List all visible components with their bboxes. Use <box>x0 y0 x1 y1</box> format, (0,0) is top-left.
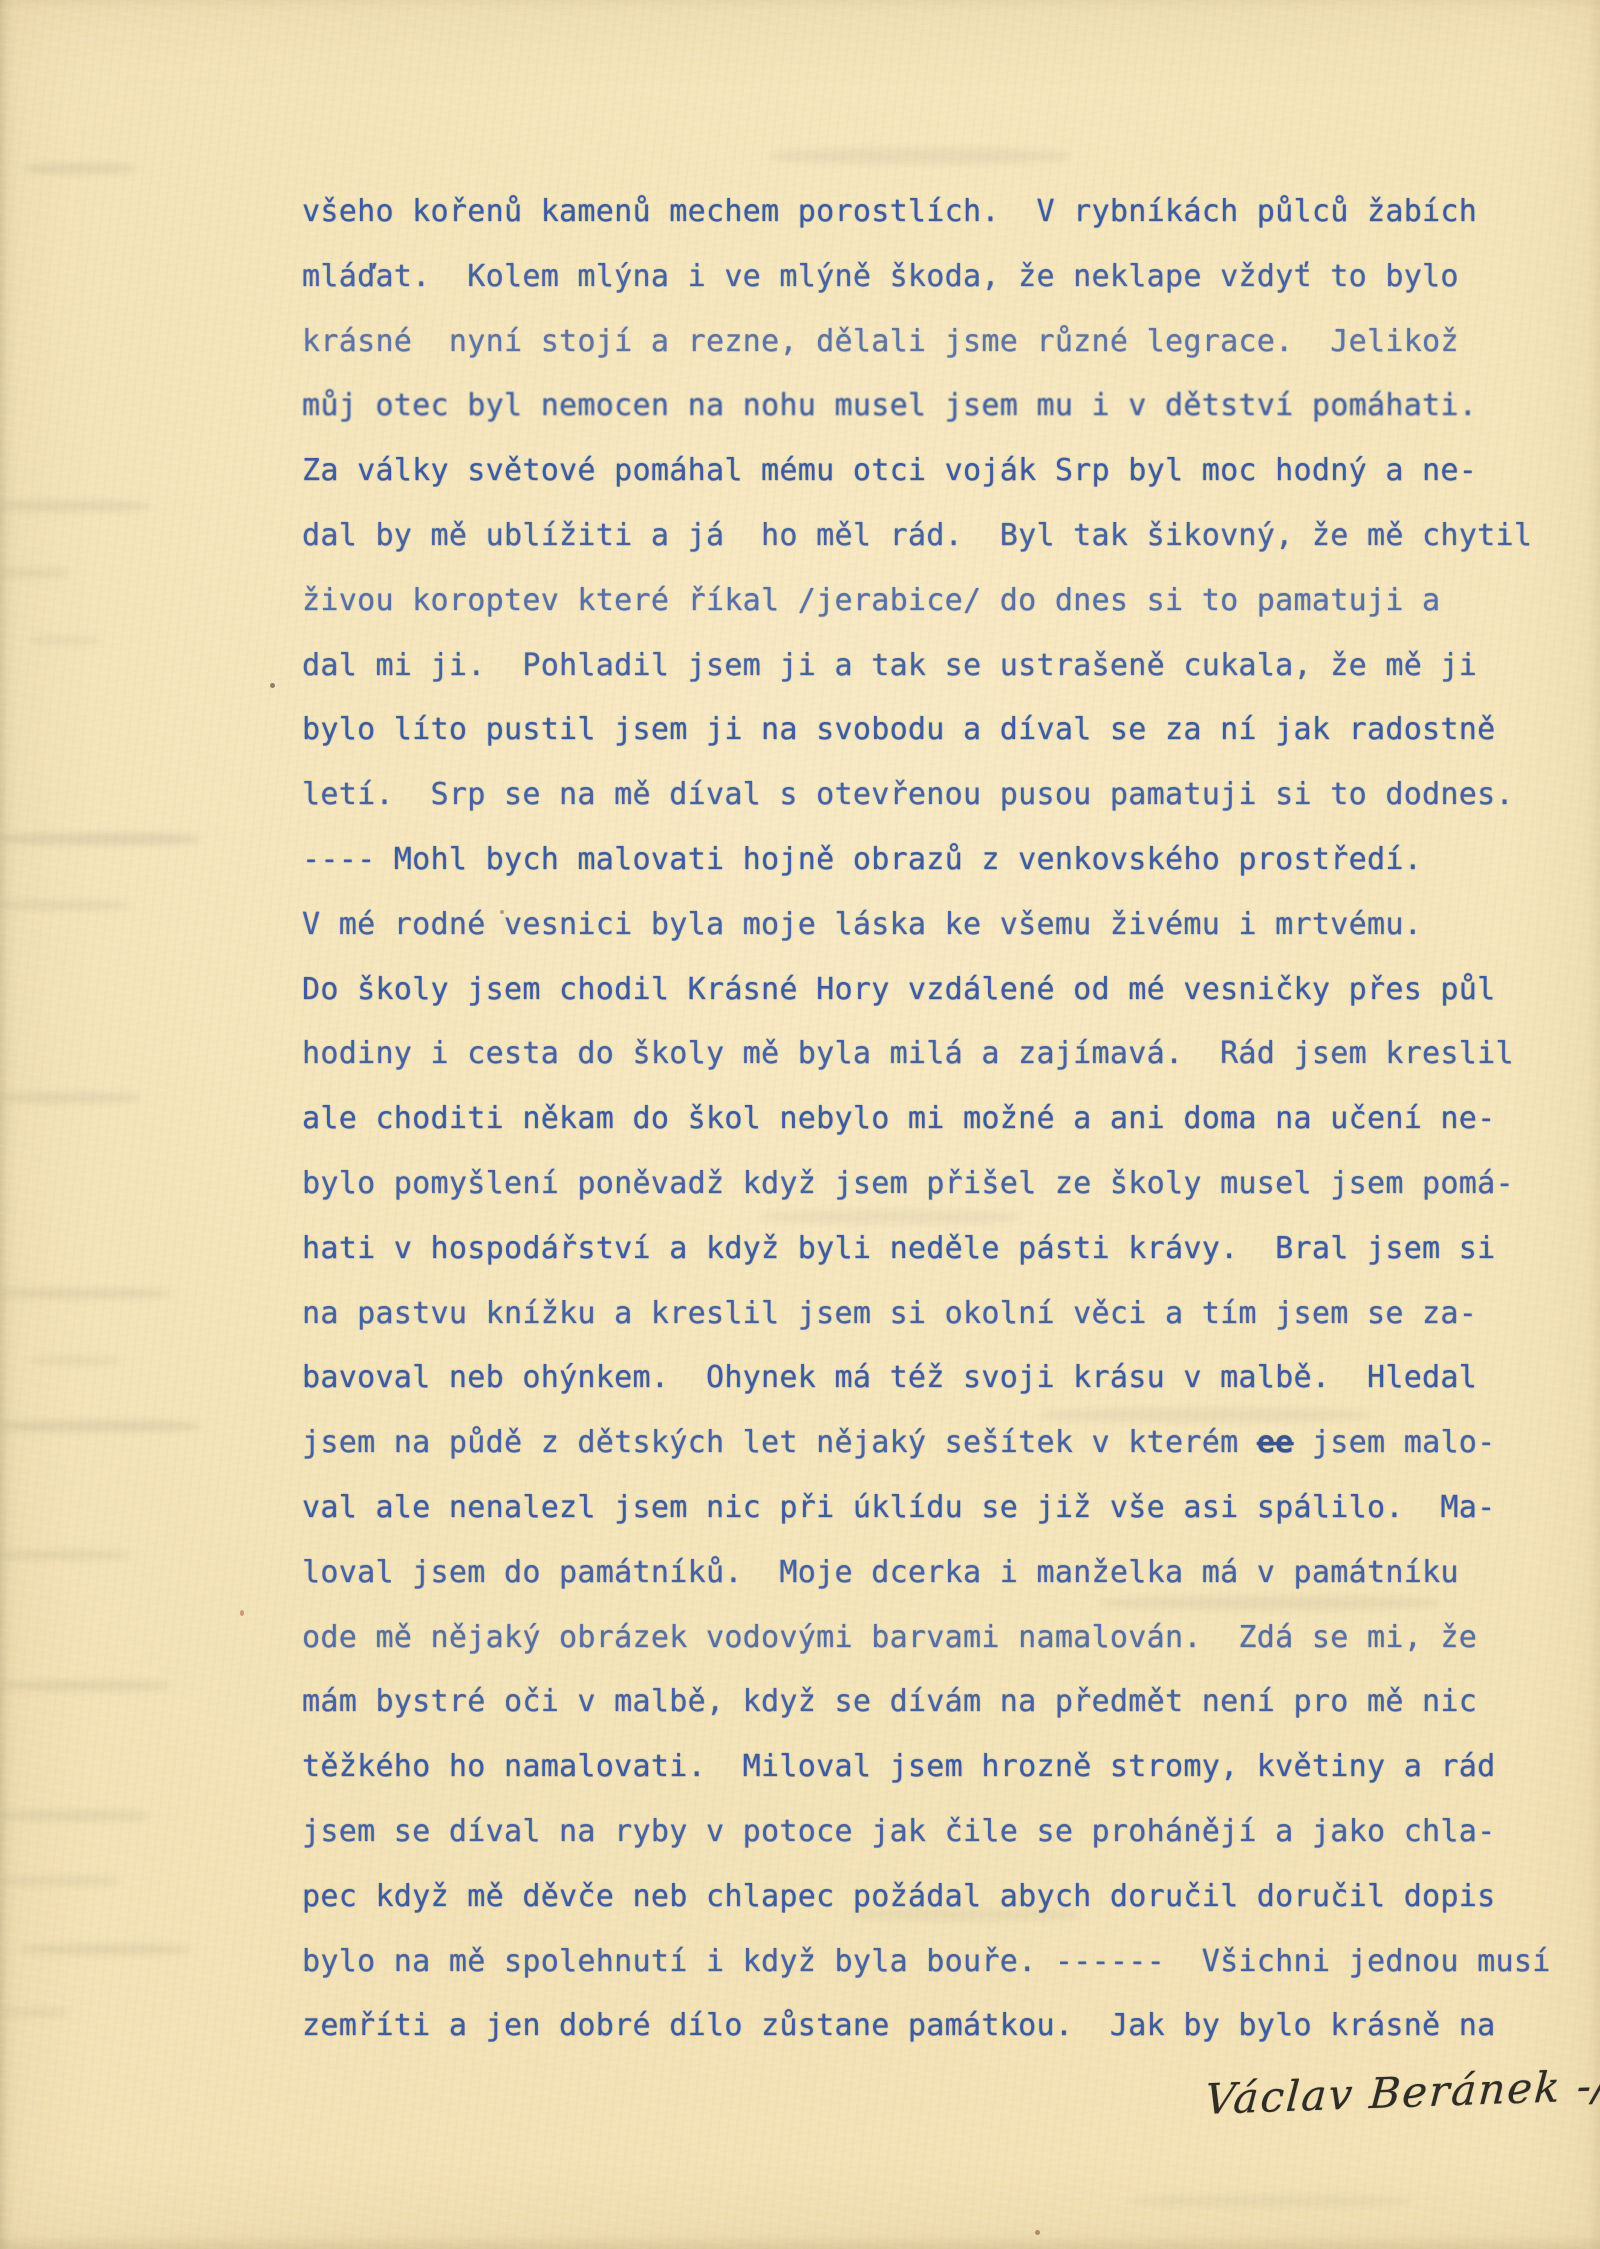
text-line: val ale nenalezl jsem nic při úklídu se … <box>302 1476 1572 1541</box>
text-line: mám bystré oči v malbě, když se dívám na… <box>302 1670 1572 1735</box>
ink-smudge <box>0 1288 170 1299</box>
text-line: bavoval neb ohýnkem. Ohynek má též svoji… <box>302 1346 1572 1411</box>
ink-smudge <box>30 636 100 645</box>
text-line: bylo líto pustil jsem ji na svobodu a dí… <box>302 698 1572 763</box>
text-line: živou koroptev které říkal /jerabice/ do… <box>302 569 1572 634</box>
text-line: můj otec byl nemocen na nohu musel jsem … <box>302 374 1572 439</box>
text-line: těžkého ho namalovati. Miloval jsem hroz… <box>302 1735 1572 1800</box>
ink-smudge <box>0 1550 130 1560</box>
text-line: hati v hospodářství a když byli neděle p… <box>302 1217 1572 1282</box>
text-line: krásné nyní stojí a rezne, dělali jsme r… <box>302 310 1572 375</box>
ink-smudge <box>30 1356 120 1365</box>
paper-speck <box>240 1610 244 1616</box>
text-line: ---- Mohl bych malovati hojně obrazů z v… <box>302 828 1572 893</box>
document-page: všeho kořenů kamenů mechem porostlích. V… <box>0 0 1600 2249</box>
text-line: letí. Srp se na mě díval s otevřenou pus… <box>302 763 1572 828</box>
text-line: zemříti a jen dobré dílo zůstane památko… <box>302 1994 1572 2059</box>
text-line: loval jsem do památníků. Moje dcerka i m… <box>302 1541 1572 1606</box>
text-line: hodiny i cesta do školy mě byla milá a z… <box>302 1022 1572 1087</box>
signature: Václav Beránek -/. <box>1203 2061 1596 2124</box>
text-line: Do školy jsem chodil Krásné Hory vzdálen… <box>302 958 1572 1023</box>
text-line: pec když mě děvče neb chlapec požádal ab… <box>302 1865 1572 1930</box>
text-line: jsem na půdě z dětských let nějaký sešít… <box>302 1411 1572 1476</box>
ink-smudge <box>1130 2195 1410 2207</box>
ink-smudge <box>0 1092 140 1103</box>
typewritten-text: všeho kořenů kamenů mechem porostlích. V… <box>302 180 1572 2059</box>
ink-smudge <box>20 1944 190 1955</box>
text-line: všeho kořenů kamenů mechem porostlích. V… <box>302 180 1572 245</box>
text-line: V mé rodné vesnici byla moje láska ke vš… <box>302 893 1572 958</box>
ink-smudge <box>0 1420 200 1432</box>
ink-smudge <box>0 833 200 845</box>
paper-speck <box>270 683 275 688</box>
ink-smudge <box>0 900 130 910</box>
text-line: mláďat. Kolem mlýna i ve mlýně škoda, že… <box>302 245 1572 310</box>
text-line: na pastvu knížku a kreslil jsem si okoln… <box>302 1282 1572 1347</box>
ink-smudge <box>0 2008 70 2017</box>
text-line: dal mi ji. Pohladil jsem ji a tak se ust… <box>302 634 1572 699</box>
ink-smudge <box>0 1810 150 1821</box>
text-line: ale choditi někam do škol nebylo mi možn… <box>302 1087 1572 1152</box>
text-line: Za války světové pomáhal mému otci voják… <box>302 439 1572 504</box>
ink-smudge <box>0 1680 170 1691</box>
text-line: dal by mě ublížiti a já ho měl rád. Byl … <box>302 504 1572 569</box>
ink-smudge <box>0 568 70 578</box>
text-line: jsem se díval na ryby v potoce jak čile … <box>302 1800 1572 1865</box>
ink-smudge <box>25 163 135 174</box>
ink-smudge <box>0 500 150 512</box>
text-line: bylo pomyšlení poněvadž když jsem přišel… <box>302 1152 1572 1217</box>
ink-smudge <box>770 148 1070 164</box>
overstruck-text: ee <box>1257 1425 1294 1460</box>
paper-speck <box>1035 2230 1040 2235</box>
text-line: ode mě nějaký obrázek vodovými barvami n… <box>302 1606 1572 1671</box>
ink-smudge <box>0 1876 120 1886</box>
text-line: bylo na mě spolehnutí i když byla bouře.… <box>302 1930 1572 1995</box>
